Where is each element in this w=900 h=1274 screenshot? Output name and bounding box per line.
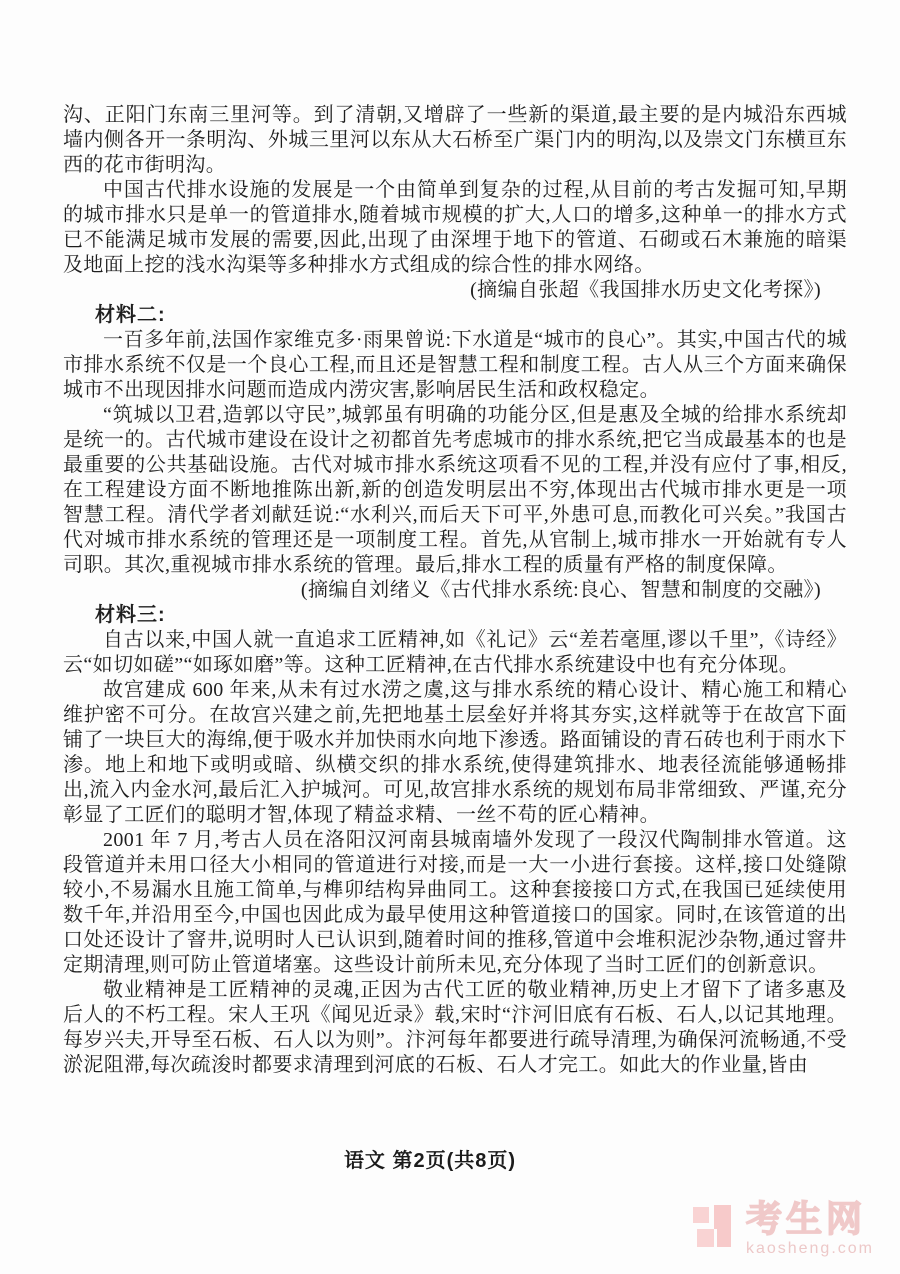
paragraph-craftsman-spirit: 自古以来,中国人就一直追求工匠精神,如《礼记》云“差若毫厘,谬以千里”,《诗经》… [63,628,847,678]
paragraph-city-drainage-wisdom: “筑城以卫君,造郭以守民”,城郭虽有明确的功能分区,但是惠及全城的给排水系统却是… [63,403,847,578]
kaosheng-logo-icon [692,1204,734,1254]
paragraph-forbidden-city: 故宫建成 600 年来,从未有过水涝之虞,这与排水系统的精心设计、精心施工和精心… [63,678,847,828]
kaosheng-watermark: 考生网 kaosheng.com [692,1200,874,1257]
watermark-text-group: 考生网 kaosheng.com [746,1200,874,1257]
watermark-site-url: kaosheng.com [746,1240,874,1257]
document-body: 沟、正阳门东南三里河等。到了清朝,又增辟了一些新的渠道,最主要的是内城沿东西城墙… [63,103,847,1078]
paragraph-drainage-development: 中国古代排水设施的发展是一个由简单到复杂的过程,从目前的考古发掘可知,早期的城市… [63,178,847,278]
watermark-site-name: 考生网 [746,1200,874,1238]
citation-source-1: (摘编自张超《我国排水历史文化考探》) [63,278,847,303]
material-3-heading: 材料三: [63,603,847,628]
paragraph-dedication-spirit: 敬业精神是工匠精神的灵魂,正因为古代工匠的敬业精神,历史上才留下了诸多惠及后人的… [63,978,847,1078]
paragraph-hugo-quote: 一百多年前,法国作家维克多·雨果曾说:下水道是“城市的良心”。其实,中国古代的城… [63,328,847,403]
material-2-heading: 材料二: [63,303,847,328]
paragraph-han-pipes: 2001 年 7 月,考古人员在洛阳汉河南县城南墙外发现了一段汉代陶制排水管道。… [63,828,847,978]
exam-page: 沟、正阳门东南三里河等。到了清朝,又增辟了一些新的渠道,最主要的是内城沿东西城墙… [0,0,900,1274]
page-footer: 语文 第2页(共8页) [0,1144,860,1173]
paragraph-qing-channels: 沟、正阳门东南三里河等。到了清朝,又增辟了一些新的渠道,最主要的是内城沿东西城墙… [63,103,847,178]
citation-source-2: (摘编自刘绪义《古代排水系统:良心、智慧和制度的交融》) [63,578,847,603]
